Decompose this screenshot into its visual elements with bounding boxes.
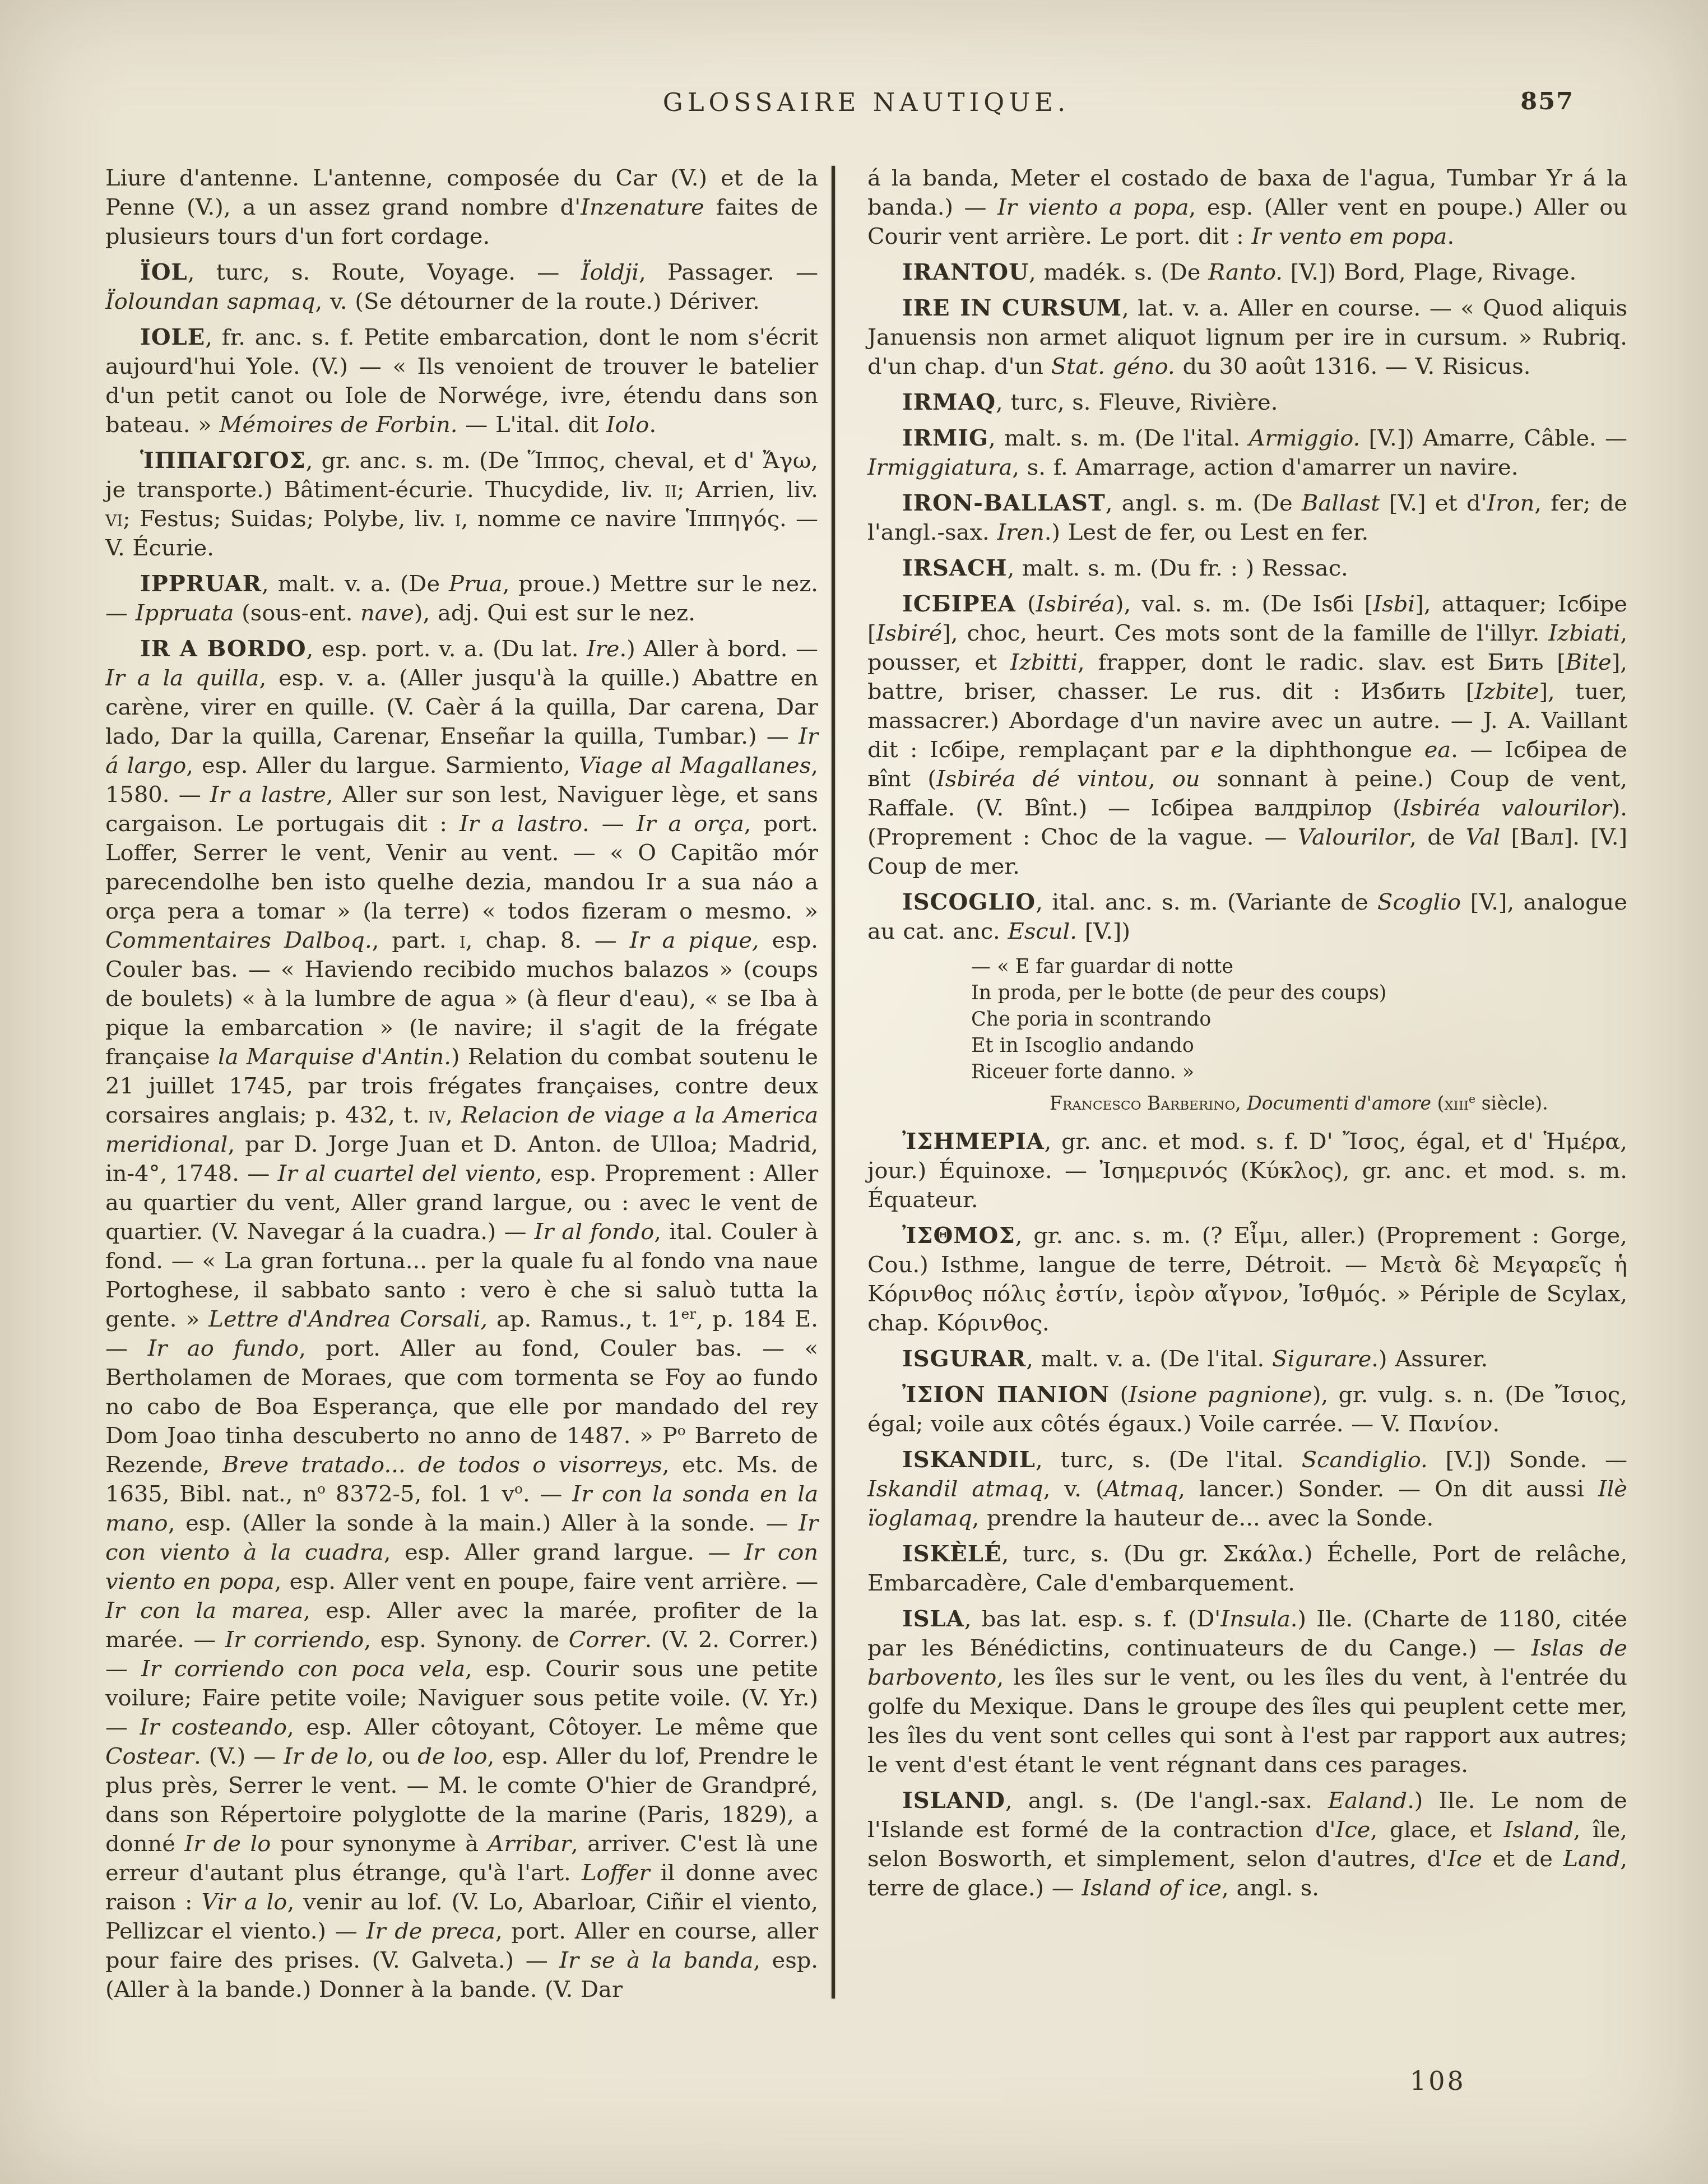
- text-segment: Ïoloundan sapmaq: [105, 289, 315, 314]
- text-segment: , esp. Synony. de: [364, 1627, 568, 1653]
- text-segment: Ïoldji: [581, 259, 639, 285]
- text-segment: Isbiré: [876, 620, 943, 646]
- dictionary-entry: IRE IN CURSUM, lat. v. a. Aller en cours…: [867, 294, 1627, 381]
- continuation-paragraph: á la banda, Meter el costado de baxa de …: [867, 164, 1627, 251]
- text-segment: Ir corriendo con poca vela: [141, 1656, 465, 1682]
- text-segment: , esp. Aller du largue. Sarmiento,: [186, 753, 579, 778]
- text-segment: , esp. port. v. a. (Du lat.: [307, 636, 587, 662]
- text-segment: Inzenature: [581, 194, 704, 220]
- text-segment: , chap. 8. —: [466, 928, 630, 953]
- entry-headword: IR A BORDO: [140, 636, 307, 662]
- text-segment: , part.: [372, 928, 460, 953]
- dictionary-entry: ISGURAR, malt. v. a. (De l'ital. Sigurar…: [867, 1344, 1627, 1374]
- text-segment: Ir de preca: [366, 1918, 495, 1944]
- text-segment: Isbiréa valourilor: [1401, 795, 1612, 821]
- text-segment: , turc, s. (De l'ital.: [1036, 1447, 1302, 1473]
- entry-headword: ІСБІРЕА: [902, 591, 1017, 617]
- text-segment: (: [1110, 1382, 1129, 1408]
- text-segment: ea: [1424, 737, 1451, 763]
- text-segment: , angl. s. m. (De: [1106, 490, 1302, 516]
- text-segment: Ir costeando: [140, 1714, 287, 1740]
- text-segment: Val: [1466, 824, 1501, 850]
- text-segment: Commentaires Dalboq.: [105, 928, 372, 953]
- running-header: GLOSSAIRE NAUTIQUE. 857: [105, 87, 1627, 127]
- text-segment: Scandiglio.: [1302, 1447, 1428, 1473]
- text-segment: Ippruata: [136, 600, 234, 626]
- text-segment: Isbi: [1373, 591, 1415, 617]
- text-segment: Ir se à la banda: [559, 1947, 753, 1973]
- text-segment: Prua: [449, 571, 503, 597]
- text-segment: e: [1469, 1092, 1475, 1106]
- text-segment: Mémoires de Forbin.: [219, 412, 457, 438]
- entry-headword: IRANTOU: [902, 259, 1029, 285]
- text-segment: ou: [1172, 766, 1200, 792]
- text-segment: Isione pagnione: [1129, 1382, 1312, 1408]
- page-number: 857: [1520, 87, 1574, 115]
- text-segment: [V.]) Bord, Plage, Rivage.: [1283, 259, 1576, 285]
- text-segment: ,: [1235, 1092, 1247, 1114]
- text-segment: i: [455, 506, 461, 532]
- text-segment: (: [1431, 1092, 1444, 1114]
- dictionary-entry: ISKÈLÉ, turc, s. (Du gr. Σκάλα.) Échelle…: [867, 1540, 1627, 1598]
- text-segment: , prendre la hauteur de... avec la Sonde…: [972, 1505, 1434, 1531]
- dictionary-entry: ISCOGLIO, ital. anc. s. m. (Variante de …: [867, 888, 1627, 946]
- text-segment: Ir ao fundo: [147, 1336, 299, 1361]
- entry-headword: IRE IN CURSUM: [902, 295, 1122, 321]
- dictionary-entry: IR A BORDO, esp. port. v. a. (Du lat. Ir…: [105, 634, 818, 2004]
- text-segment: ap. Ramus., t. 1: [488, 1306, 681, 1332]
- dictionary-entry: IRON-BALLAST, angl. s. m. (De Ballast [V…: [867, 489, 1627, 547]
- text-segment: Ice: [1336, 1817, 1371, 1843]
- text-segment: du 30 août 1316. — V. Risicus.: [1175, 354, 1531, 379]
- text-segment: . —: [582, 811, 637, 837]
- dictionary-entry: ἹΠΠΑΓΩΓΟΣ, gr. anc. s. m. (De Ἵππος, che…: [105, 446, 818, 563]
- entry-headword: ἸΣΘΜΟΣ: [902, 1222, 1015, 1249]
- text-segment: Ir vento em popa: [1251, 224, 1447, 249]
- text-segment: .) Aller à bord. —: [619, 636, 818, 662]
- dictionary-entry: IOLE, fr. anc. s. f. Petite embarcation,…: [105, 323, 818, 439]
- text-segment: Iren: [997, 520, 1044, 545]
- column-right: á la banda, Meter el costado de baxa de …: [867, 164, 1627, 1909]
- entry-headword: ISKANDIL: [902, 1446, 1036, 1473]
- text-segment: Ir a lastro: [460, 811, 582, 837]
- dictionary-entry: ISLA, bas lat. esp. s. f. (D'Insula.) Il…: [867, 1605, 1627, 1779]
- text-segment: Correr: [569, 1627, 645, 1653]
- text-segment: iv: [428, 1102, 445, 1128]
- dictionary-entry: ISKANDIL, turc, s. (De l'ital. Scandigli…: [867, 1445, 1627, 1533]
- text-segment: Lettre d'Andrea Corsali,: [208, 1306, 488, 1332]
- page-header-title: GLOSSAIRE NAUTIQUE.: [105, 87, 1627, 117]
- dictionary-entry: ІСБІРЕА (Isbiréa), val. s. m. (De Isбi […: [867, 590, 1627, 881]
- text-segment: .) Lest de fer, ou Lest en fer.: [1045, 520, 1368, 545]
- entry-headword: IRON-BALLAST: [902, 490, 1106, 516]
- column-left: Liure d'antenne. L'antenne, composée du …: [105, 164, 818, 2011]
- verse-quotation-block: — « E far guardar di notteIn proda, per …: [971, 954, 1627, 1116]
- text-segment: , Passager. —: [639, 259, 818, 285]
- entry-headword: ÏOL: [140, 259, 188, 285]
- dictionary-entry: ÏOL, turc, s. Route, Voyage. — Ïoldji, P…: [105, 258, 818, 316]
- text-segment: , esp. (Aller la sonde à la main.) Aller…: [168, 1510, 799, 1536]
- text-segment: Stat. géno.: [1051, 354, 1175, 379]
- text-segment: Documenti d'amore: [1247, 1092, 1431, 1114]
- text-segment: la Marquise d'Antin.: [218, 1044, 451, 1070]
- entry-headword: ISKÈLÉ: [902, 1541, 1001, 1567]
- text-segment: Izbiati: [1548, 620, 1620, 646]
- text-segment: , v. (Se détourner de la route.) Dériver…: [315, 289, 760, 314]
- text-segment: , ital. anc. s. m. (Variante de: [1036, 889, 1377, 915]
- text-segment: — L'ital. dit: [458, 412, 606, 438]
- text-segment: Ir de lo: [184, 1831, 271, 1857]
- entry-headword: ἸΣΙΟΝ ΠΑΝΙΟΝ: [902, 1381, 1110, 1408]
- dictionary-entry: ἸΣΘΜΟΣ, gr. anc. s. m. (? Εἶμι, aller.) …: [867, 1221, 1627, 1338]
- entry-headword: IPPRUAR: [140, 571, 262, 597]
- text-segment: , v. (: [1043, 1476, 1104, 1502]
- text-segment: [V.]) Sonde. —: [1428, 1447, 1627, 1473]
- scanned-book-page: GLOSSAIRE NAUTIQUE. 857 Liure d'antenne.…: [0, 0, 1708, 2184]
- text-segment: Ire: [587, 636, 620, 662]
- text-segment: Viage al Magallanes: [579, 753, 811, 778]
- entry-headword: ISGURAR: [902, 1346, 1026, 1372]
- text-segment: Atmaq: [1104, 1476, 1178, 1502]
- text-segment: Breve tratado... de todos o visorreys: [222, 1452, 662, 1478]
- entry-headword: IRMIG: [902, 425, 988, 451]
- text-segment: Island of ice: [1082, 1875, 1222, 1901]
- text-segment: , turc, s. Route, Voyage. —: [188, 259, 581, 285]
- text-segment: Irmiggiatura: [867, 455, 1012, 480]
- dictionary-entry: IRMAQ, turc, s. Fleuve, Rivière.: [867, 388, 1627, 417]
- text-segment: Scoglio: [1377, 889, 1461, 915]
- entry-headword: IRSACH: [902, 555, 1008, 581]
- text-segment: [V.]) Amarre, Câble. —: [1360, 425, 1627, 451]
- entry-headword: ISLA: [902, 1606, 964, 1632]
- entry-headword: ἹΠΠΑΓΩΓΟΣ: [140, 447, 306, 474]
- text-segment: , glace, et: [1370, 1817, 1503, 1843]
- text-segment: Ir a lastre: [210, 782, 326, 808]
- text-segment: xiii: [1444, 1092, 1469, 1114]
- text-segment: Ballast: [1302, 490, 1380, 516]
- text-segment: ), adj. Qui est sur le nez.: [414, 600, 695, 626]
- text-segment: Loffer: [582, 1860, 650, 1886]
- text-segment: la diphthongue: [1224, 737, 1424, 763]
- text-segment: Isbiréa: [1036, 591, 1115, 617]
- text-segment: (: [1017, 591, 1036, 617]
- text-segment: ; Arrien, liv.: [677, 477, 818, 503]
- text-segment: , esp. Aller vent en poupe, faire vent a…: [275, 1569, 818, 1594]
- text-segment: , s. f. Amarrage, action d'amarrer un na…: [1012, 455, 1518, 480]
- text-segment: er: [681, 1306, 697, 1322]
- text-segment: vi: [105, 506, 123, 532]
- entry-headword: ἸΣΗΜΕΡΙΑ: [902, 1128, 1045, 1154]
- text-segment: Iolo: [606, 412, 649, 438]
- text-segment: et de: [1482, 1846, 1563, 1872]
- text-segment: , ou: [367, 1744, 417, 1769]
- text-segment: Vir a lo: [202, 1889, 287, 1915]
- text-segment: Ranto.: [1208, 259, 1283, 285]
- text-segment: (sous-ent.: [234, 600, 360, 626]
- text-segment: , frapper, dont le radic. slav. est Бить…: [1078, 650, 1566, 675]
- text-segment: o: [317, 1481, 326, 1497]
- text-segment: , malt. s. m. (De l'ital.: [988, 425, 1248, 451]
- text-segment: de loo: [417, 1744, 487, 1769]
- sheet-signature-number: 108: [1410, 2066, 1466, 2096]
- verse-attribution: Francesco Barberino, Documenti d'amore (…: [1050, 1091, 1627, 1116]
- text-segment: o: [677, 1422, 686, 1439]
- text-segment: Insula: [1220, 1606, 1291, 1632]
- text-segment: ], choc, heurt. Ces mots sont de la fami…: [942, 620, 1548, 646]
- text-segment: , bas lat. esp. s. f. (D': [964, 1606, 1221, 1632]
- column-divider-rule: [832, 166, 835, 1998]
- text-segment: , esp. Aller côtoyant, Côtoyer. Le même …: [287, 1714, 818, 1740]
- text-segment: Iskandil atmaq: [867, 1476, 1043, 1502]
- verse-line: Riceuer forte danno. »: [971, 1059, 1627, 1086]
- text-segment: Izbite: [1474, 679, 1539, 704]
- text-segment: [V.] et d': [1380, 490, 1487, 516]
- text-segment: Island: [1503, 1817, 1573, 1843]
- text-segment: Iron: [1487, 490, 1535, 516]
- entry-headword: ISCOGLIO: [902, 889, 1036, 915]
- text-segment: .) Assurer.: [1371, 1346, 1488, 1372]
- text-segment: , malt. v. a. (De: [262, 571, 449, 597]
- text-segment: . —: [523, 1481, 572, 1507]
- text-segment: i: [460, 928, 466, 953]
- text-segment: , malt. s. m. (Du fr. : ) Ressac.: [1008, 555, 1348, 581]
- dictionary-entry: IPPRUAR, malt. v. a. (De Prua, proue.) M…: [105, 569, 818, 628]
- text-segment: Ir con la marea: [105, 1598, 303, 1624]
- text-segment: , angl. s. (De l'angl.-sax.: [1005, 1788, 1328, 1814]
- text-segment: siècle).: [1475, 1092, 1548, 1114]
- text-segment: , de: [1409, 824, 1465, 850]
- text-segment: Ir a la quilla: [105, 665, 259, 691]
- text-segment: Armiggio.: [1249, 425, 1361, 451]
- text-segment: Arribar: [488, 1831, 572, 1857]
- verse-line: Che poria in scontrando: [971, 1007, 1627, 1033]
- text-segment: Izbitti: [1010, 650, 1078, 675]
- text-segment: Costear: [105, 1744, 194, 1769]
- continuation-paragraph: Liure d'antenne. L'antenne, composée du …: [105, 164, 818, 251]
- text-segment: ), val. s. m. (De Isбi [: [1115, 591, 1373, 617]
- text-segment: Ir al cuartel del viento: [278, 1161, 535, 1186]
- text-segment: pour synonyme à: [271, 1831, 488, 1857]
- text-segment: Sigurare: [1272, 1346, 1371, 1372]
- text-segment: Valourilor: [1298, 824, 1410, 850]
- text-segment: Isbiréa dé vintou: [936, 766, 1148, 792]
- text-segment: ,: [1148, 766, 1172, 792]
- text-segment: e: [1210, 737, 1224, 763]
- text-segment: . (V.) —: [194, 1744, 284, 1769]
- dictionary-entry: ἸΣΙΟΝ ΠΑΝΙΟΝ (Isione pagnione), gr. vulg…: [867, 1380, 1627, 1439]
- text-segment: Francesco Barberino: [1050, 1092, 1235, 1114]
- text-segment: ; Festus; Suidas; Polybe, liv.: [123, 506, 454, 532]
- text-segment: , malt. v. a. (De l'ital.: [1026, 1346, 1272, 1372]
- text-segment: Escul.: [1008, 919, 1077, 944]
- text-segment: Ir corriendo: [225, 1627, 364, 1653]
- entry-headword: IOLE: [140, 324, 205, 350]
- text-segment: .: [1447, 224, 1454, 249]
- verse-line: Et in Iscoglio andando: [971, 1033, 1627, 1059]
- dictionary-entry: IRSACH, malt. s. m. (Du fr. : ) Ressac.: [867, 554, 1627, 583]
- entry-headword: ISLAND: [902, 1787, 1005, 1814]
- text-segment: Ice: [1447, 1846, 1482, 1872]
- dictionary-entry: ἸΣΗΜΕΡΙΑ, gr. anc. et mod. s. f. D' Ἴσος…: [867, 1127, 1627, 1214]
- dictionary-entry: IRMIG, malt. s. m. (De l'ital. Armiggio.…: [867, 424, 1627, 482]
- text-segment: Ir al fondo: [534, 1219, 654, 1245]
- dictionary-entry: IRANTOU, madék. s. (De Ranto. [V.]) Bord…: [867, 258, 1627, 287]
- text-segment: [V.]): [1077, 919, 1130, 944]
- text-segment: Ir a orça: [637, 811, 744, 837]
- text-segment: Bite: [1566, 650, 1612, 675]
- text-segment: o: [514, 1481, 523, 1497]
- text-segment: , turc, s. Fleuve, Rivière.: [996, 389, 1278, 415]
- text-segment: , angl. s.: [1222, 1875, 1319, 1901]
- text-segment: Land: [1563, 1846, 1621, 1872]
- text-segment: .: [649, 412, 656, 438]
- text-segment: , esp. Aller grand largue. —: [384, 1540, 745, 1565]
- text-segment: Ir viento a popa: [997, 194, 1189, 220]
- text-segment: , madék. s. (De: [1029, 259, 1208, 285]
- verse-line: — « E far guardar di notte: [971, 954, 1627, 980]
- text-segment: ,: [445, 1102, 461, 1128]
- text-segment: , lancer.) Sonder. — On dit aussi: [1178, 1476, 1598, 1502]
- text-segment: ii: [665, 477, 677, 503]
- text-segment: Ealand: [1328, 1788, 1407, 1814]
- verse-line: In proda, per le botte (de peur des coup…: [971, 980, 1627, 1007]
- text-segment: Ir a pique,: [630, 928, 759, 953]
- text-segment: 8372-5, fol. 1 v: [326, 1481, 514, 1507]
- dictionary-entry: ISLAND, angl. s. (De l'angl.-sax. Ealand…: [867, 1786, 1627, 1903]
- entry-headword: IRMAQ: [902, 389, 996, 415]
- text-segment: nave: [360, 600, 414, 626]
- text-segment: Ir de lo: [284, 1744, 367, 1769]
